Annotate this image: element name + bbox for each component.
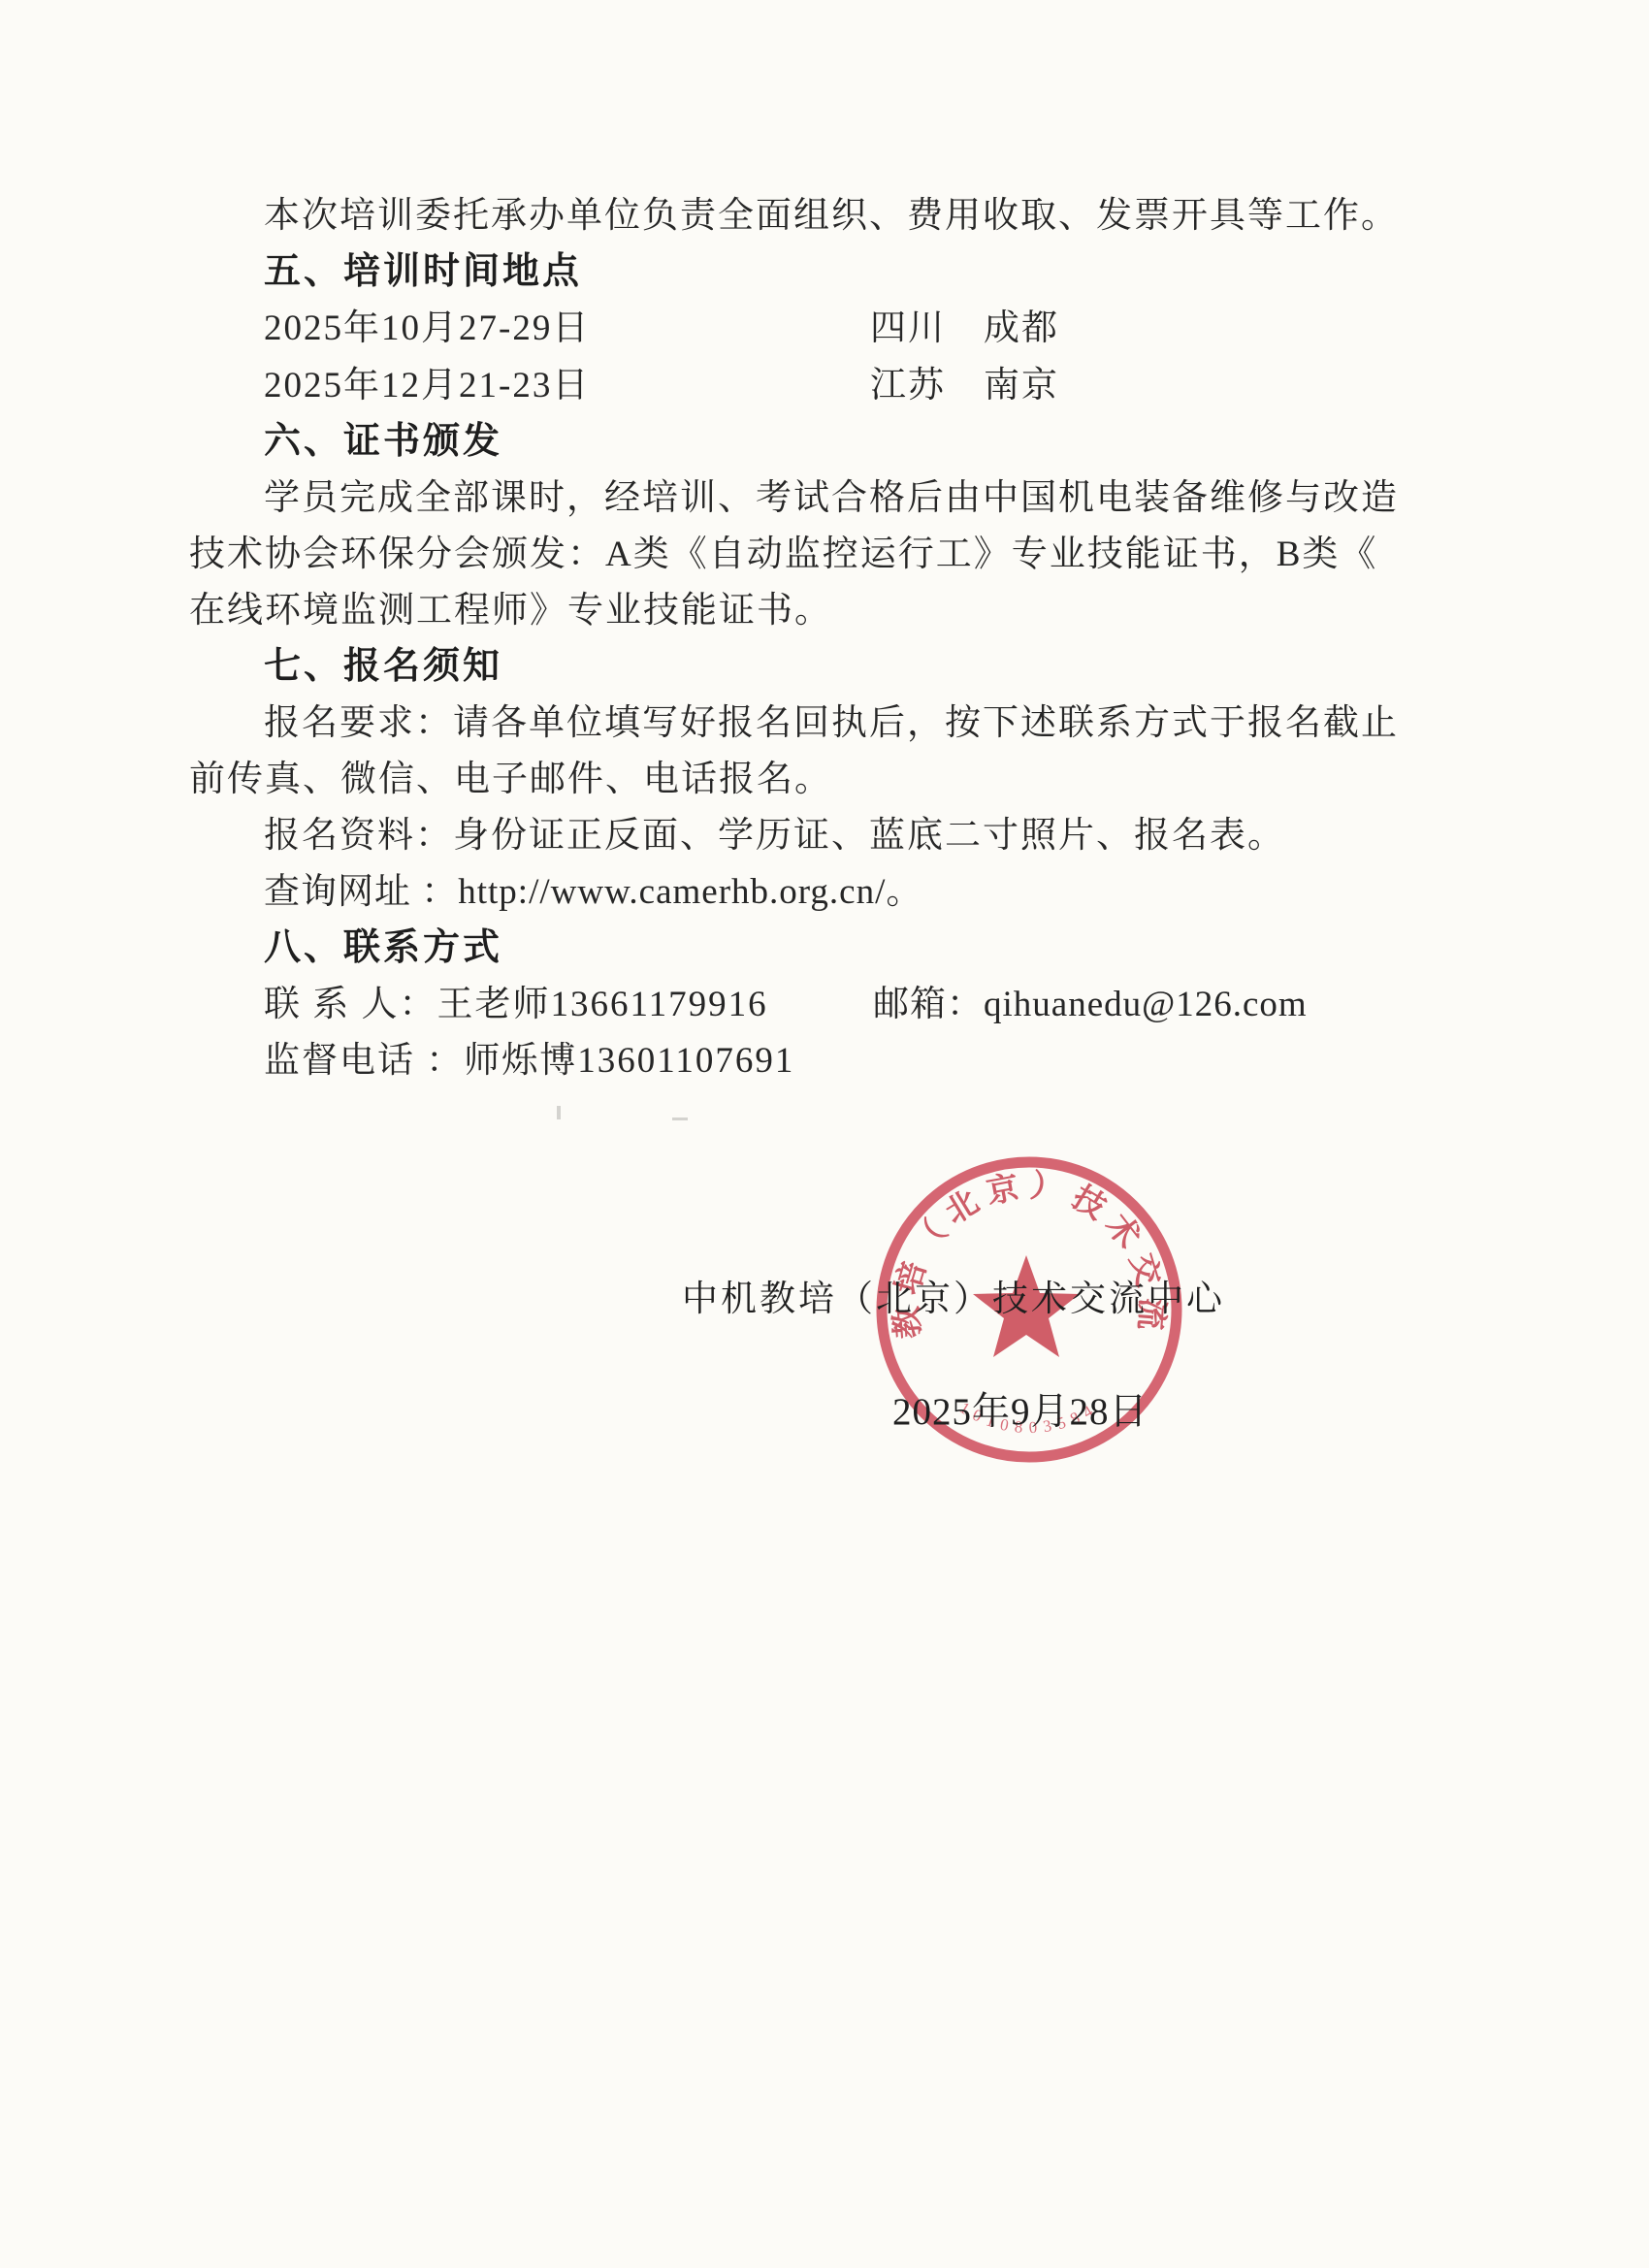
signature-organization: 中机教培（北京）技术交流中心 [682,1269,1225,1321]
noise-speck [672,1118,688,1120]
contact-email: 邮箱：qihuanedu@126.com [873,985,1308,1025]
schedule-location-2: 江苏 南京 [870,366,1059,406]
section6-line2: 技术协会环保分会颁发：A类《自动监控运行工》专业技能证书，B类《 [189,535,1377,575]
section8-heading: 八、联系方式 [264,927,502,968]
section7-heading: 七、报名须知 [264,646,502,687]
schedule-date-2: 2025年12月21-23日 [264,366,590,406]
intro-line: 本次培训委托承办单位负责全面组织、费用收取、发票开具等工作。 [264,196,1399,237]
section6-line1: 学员完成全部课时，经培训、考试合格后由中国机电装备维修与改造 [264,478,1399,519]
section7-line2: 前传真、微信、电子邮件、电话报名。 [189,760,832,800]
supervision-phone-line: 监督电话 ：师烁博13601107691 [264,1041,794,1082]
section5-heading: 五、培训时间地点 [264,251,582,292]
section6-heading: 六、证书颁发 [264,421,502,462]
schedule-date-1: 2025年10月27-29日 [264,308,590,349]
scanned-document-page: 本次培训委托承办单位负责全面组织、费用收取、发票开具等工作。 五、培训时间地点 … [0,0,1649,2268]
signature-date: 2025年9月28日 [892,1381,1148,1436]
schedule-location-1: 四川 成都 [870,308,1059,349]
contact-person-line: 联 系 人：王老师13661179916 [264,985,768,1025]
section7-line1: 报名要求：请各单位填写好报名回执后，按下述联系方式于报名截止 [264,703,1399,744]
section7-website-line: 查询网址 ：http://www.camerhb.org.cn/。 [264,872,922,913]
noise-speck [557,1106,561,1119]
section7-line3: 报名资料：身份证正反面、学历证、蓝底二寸照片、报名表。 [264,816,1285,857]
section6-line3: 在线环境监测工程师》专业技能证书。 [189,591,832,632]
